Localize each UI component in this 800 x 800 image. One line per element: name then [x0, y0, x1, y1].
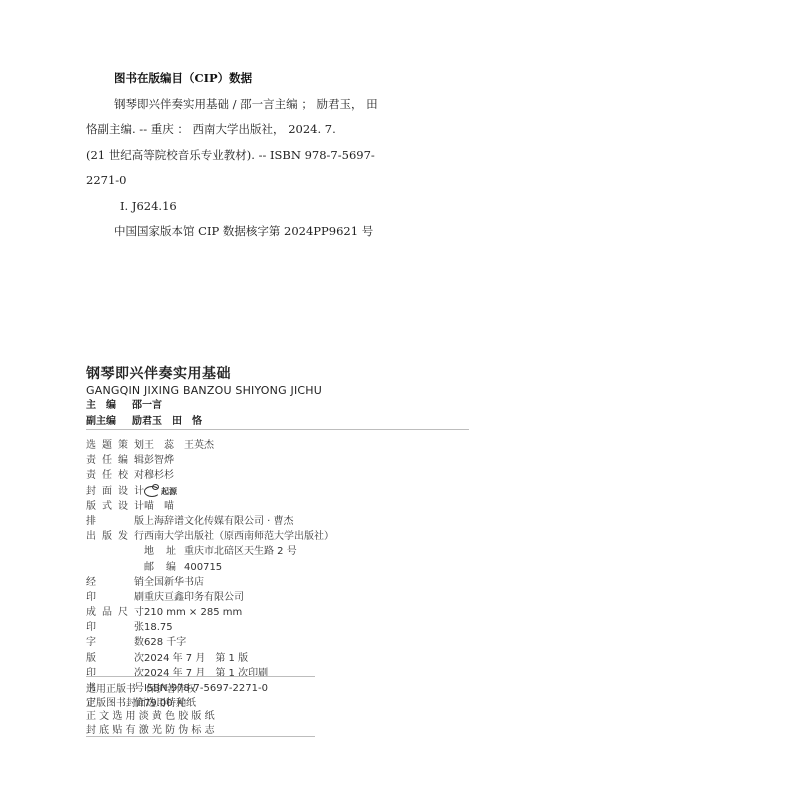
chief-editor-name: 邵一言 [132, 400, 162, 411]
credit-row: 封面设计起源 [86, 484, 334, 499]
copyright-notice: 选用正版书 保护著作权 正版图书封面选用特种纸 正 文 选 用 淡 黄 色 胶 … [86, 683, 215, 737]
cip-block: 图书在版编目（CIP）数据 钢琴即兴伴奏实用基础 / 邵一言主编 ； 励君玉， … [86, 66, 466, 245]
chief-editor: 主 编邵一言 [86, 398, 322, 414]
book-info: 钢琴即兴伴奏实用基础 GANGQIN JIXING BANZOU SHIYONG… [86, 365, 322, 430]
cip-line-1: 钢琴即兴伴奏实用基础 / 邵一言主编 ； 励君玉， 田 [86, 92, 466, 118]
cip-line-4: 2271-0 [86, 168, 466, 194]
notice-line: 封 底 贴 有 激 光 防 伪 标 志 [86, 724, 215, 738]
publication-details: 选题策划王 蕊 王英杰 责任编辑彭智烨 责任校对穆杉杉 封面设计起源 版式设计喵… [86, 438, 334, 711]
credit-row: 版式设计喵 喵 [86, 499, 334, 514]
deputy-editor-names: 励君玉 田 恪 [132, 416, 202, 427]
credit-row: 出版发行西南大学出版社（原西南师范大学出版社） [86, 529, 334, 544]
spec-row: 印张18.75 [86, 620, 334, 635]
cip-classification: Ⅰ. J624.16 [86, 194, 466, 220]
credit-row: 责任编辑彭智烨 [86, 453, 334, 468]
divider-notice-bottom [86, 736, 315, 737]
spec-row: 印次2024 年 7 月 第 1 次印刷 [86, 666, 334, 681]
book-title-pinyin: GANGQIN JIXING BANZOU SHIYONG JICHU [86, 383, 322, 398]
credit-row: 排版上海辞谱文化传媒有限公司 · 曹杰 [86, 514, 334, 529]
cip-number: 中国国家版本馆 CIP 数据核字第 2024PP9621 号 [86, 219, 466, 245]
divider-notice-top [86, 676, 315, 677]
chief-editor-label: 主 编 [86, 398, 132, 414]
notice-line: 正版图书封面选用特种纸 [86, 697, 215, 711]
spec-row: 印刷重庆亘鑫印务有限公司 [86, 590, 334, 605]
divider-top [86, 429, 469, 430]
credit-row: 责任校对穆杉杉 [86, 468, 334, 483]
cip-heading: 图书在版编目（CIP）数据 [86, 66, 466, 92]
cip-line-2: 恪副主编. -- 重庆 ： 西南大学出版社， 2024. 7. [86, 117, 466, 143]
notice-line: 正 文 选 用 淡 黄 色 胶 版 纸 [86, 710, 215, 724]
deputy-editor: 副主编励君玉 田 恪 [86, 414, 322, 430]
spec-row: 成品尺寸210 mm × 285 mm [86, 605, 334, 620]
credit-row: 选题策划王 蕊 王英杰 [86, 438, 334, 453]
cip-line-3: (21 世纪高等院校音乐专业教材). -- ISBN 978-7-5697- [86, 143, 466, 169]
spec-row: 字数628 千字 [86, 635, 334, 650]
spec-row: 经销全国新华书店 [86, 575, 334, 590]
notice-line: 选用正版书 保护著作权 [86, 683, 215, 697]
publisher-postcode: 邮编400715 [86, 560, 334, 575]
book-title: 钢琴即兴伴奏实用基础 [86, 365, 322, 383]
logo-mark-icon [144, 486, 160, 497]
spec-row: 版次2024 年 7 月 第 1 版 [86, 651, 334, 666]
publisher-address: 地址重庆市北碚区天生路 2 号 [86, 544, 334, 559]
deputy-editor-label: 副主编 [86, 414, 132, 430]
